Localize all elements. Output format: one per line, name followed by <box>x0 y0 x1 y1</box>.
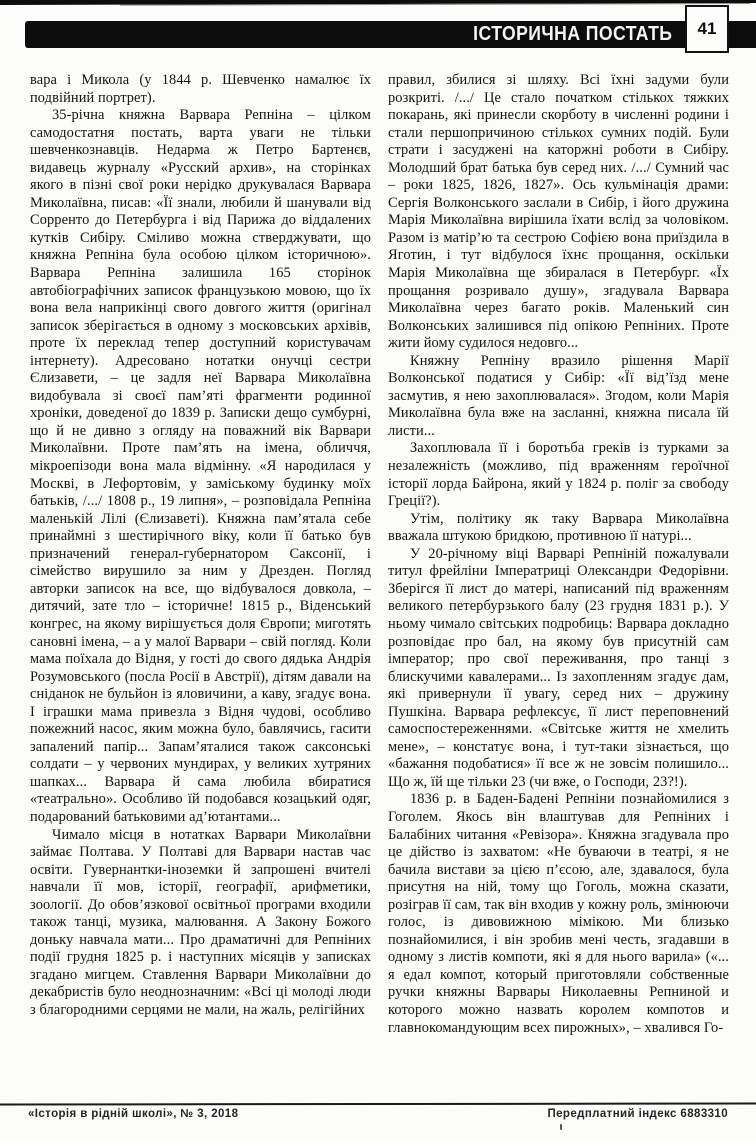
paragraph: Чимало місця в нотатках Варвари Миколаїв… <box>30 827 371 1020</box>
page-number: 41 <box>698 19 717 39</box>
footer-rule <box>0 1102 756 1105</box>
footer: «Історія в рідній школі», № 3, 2018 Пере… <box>28 1108 728 1120</box>
paragraph: вара і Микола (у 1844 р. Шевченко намалю… <box>30 72 371 107</box>
paragraph: Утім, політику як таку Варвара Миколаївн… <box>388 511 729 546</box>
paragraph: Захоплювала її і боротьба греків із турк… <box>388 440 729 510</box>
paragraph: 1836 р. в Баден-Бадені Репніни познайоми… <box>388 791 729 1037</box>
right-column: правил, збилися зі шляху. Всі їхні задум… <box>388 72 729 1100</box>
footer-journal-title: «Історія в рідній школі», № 3, 2018 <box>28 1108 238 1120</box>
page-top-scan-line <box>0 0 756 5</box>
page-number-box: 41 <box>685 5 729 53</box>
section-header-bar: ІСТОРИЧНА ПОСТАТЬ <box>25 21 756 48</box>
footer-subscription-index: Передплатний індекс 6883310 <box>547 1108 728 1120</box>
scanned-journal-page: ІСТОРИЧНА ПОСТАТЬ 41 вара і Микола (у 18… <box>0 0 756 1143</box>
paragraph: У 20-річному віці Варварі Репніній пожал… <box>388 546 729 792</box>
paragraph: 35-річна княжна Варвара Репніна – цілком… <box>30 107 371 826</box>
scan-speck <box>560 1124 562 1130</box>
article-body: вара і Микола (у 1844 р. Шевченко намалю… <box>30 72 730 1100</box>
left-column: вара і Микола (у 1844 р. Шевченко намалю… <box>30 72 371 1100</box>
paragraph: правил, збилися зі шляху. Всі їхні задум… <box>388 72 729 353</box>
section-title: ІСТОРИЧНА ПОСТАТЬ <box>473 23 672 46</box>
paragraph: Княжну Репніну вразило рішення Марії Вол… <box>388 353 729 441</box>
